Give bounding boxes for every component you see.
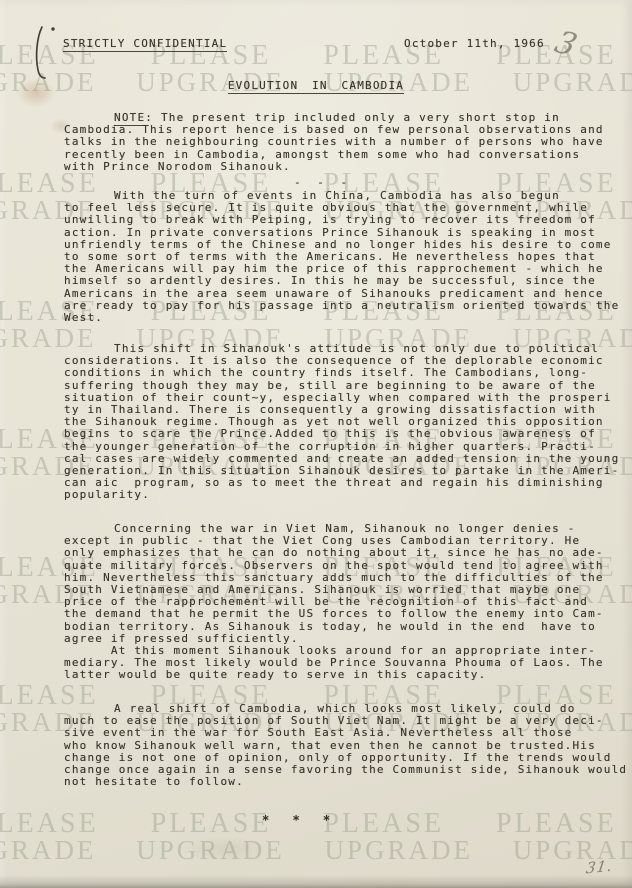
section-separator: - - - — [294, 177, 352, 189]
document-date: October 11th, 1966 — [404, 38, 545, 50]
note-first-line: : The present trip included only a very … — [145, 111, 560, 124]
document-title: EVOLUTION IN CAMBODIA — [0, 80, 632, 92]
document-page: PLEASE PLEASE PLEASE PLEASE PLEASE PLEAS… — [0, 0, 632, 888]
note-paragraph: NOTE: The present trip included only a v… — [64, 112, 604, 173]
paper-stain — [180, 836, 270, 862]
paragraph-4: A real shift of Cambodia, which looks mo… — [64, 703, 627, 788]
end-mark: * * * — [262, 814, 338, 826]
handwritten-number-top: 3 — [550, 25, 582, 64]
classification-stamp: STRICTLY CONFIDENTIAL — [63, 38, 227, 50]
paragraph-1: With the turn of events in China, Cambod… — [64, 190, 619, 324]
paragraph-2: This shift in Sihanouk's attitude is not… — [64, 343, 619, 502]
note-body: Cambodia. This report hence is based on … — [64, 123, 604, 173]
classification-text: STRICTLY CONFIDENTIAL — [63, 37, 227, 52]
handwritten-page-number: 31. — [585, 856, 614, 877]
paragraph-3: Concerning the war in Viet Nam, Sihanouk… — [64, 523, 604, 682]
ink-check-mark — [28, 20, 62, 86]
document-title-text: EVOLUTION IN CAMBODIA — [228, 79, 404, 94]
